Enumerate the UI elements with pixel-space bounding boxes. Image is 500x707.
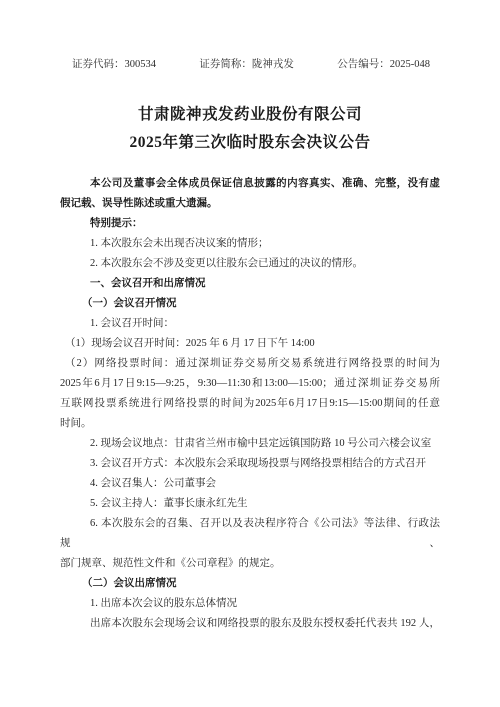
subsection-heading: （二）会议出席情况 (60, 574, 440, 594)
body-paragraph: 4. 会议召集人：公司董事会 (60, 474, 440, 494)
company-name-title: 甘肃陇神戎发药业股份有限公司 (0, 101, 500, 129)
body-paragraph: 1. 会议召开时间： (60, 314, 440, 334)
body-paragraph-line: 互联网投票系统进行网络投票的时间为2025年6月17日9:15—15:00期间的… (60, 394, 440, 414)
body-paragraph-line: （2）网络投票时间：通过深圳证券交易所交易系统进行网络投票的时间为 (60, 354, 440, 374)
subsection-heading: （一）会议召开情况 (60, 294, 440, 314)
stock-code-text: 证券代码：300534 (72, 58, 156, 71)
body-paragraph: 3. 会议召开方式：本次股东会采取现场投票与网络投票相结合的方式召开 (60, 454, 440, 474)
body-paragraph: 1. 出席本次会议的股东总体情况 (60, 594, 440, 614)
stock-short-name-text: 证券简称：陇神戎发 (199, 58, 294, 71)
body-paragraph-line: 部门规章、规范性文件和《公司章程》的规定。 (60, 554, 440, 574)
body-paragraph-line: 时间。 (60, 414, 440, 434)
body-paragraph: 2. 现场会议地点：甘肃省兰州市榆中县定远镇国防路 10 号公司六楼会议室 (60, 434, 440, 454)
body-paragraph: 5. 会议主持人：董事长康永红先生 (60, 494, 440, 514)
announcement-number-text: 公告编号：2025-048 (337, 58, 430, 71)
body-paragraph-line: 2025年6月17日9:15—9:25，9:30—11:30和13:00—15:… (60, 374, 440, 394)
body-paragraph-line: 6. 本次股东会的召集、召开以及表决程序符合《公司法》等法律、行政法规、 (60, 514, 440, 554)
body-paragraph: （1）现场会议召开时间：2025 年 6 月 17 日下午 14:00 (60, 334, 440, 354)
body-paragraph: 出席本次股东会现场会议和网络投票的股东及股东授权委托代表共 192 人， (60, 614, 440, 634)
special-notice-item: 1. 本次股东会未出现否决议案的情形； (60, 234, 440, 254)
section-heading: 一、会议召开和出席情况 (60, 274, 440, 294)
document-header: 证券代码：300534 证券简称：陇神戎发 公告编号：2025-048 (0, 0, 500, 71)
disclaimer-line: 本公司及董事会全体成员保证信息披露的内容真实、准确、完整，没有虚 (60, 174, 440, 194)
title-block: 甘肃陇神戎发药业股份有限公司 2025年第三次临时股东会决议公告 (0, 101, 500, 157)
document-title: 2025年第三次临时股东会决议公告 (0, 129, 500, 157)
special-notice-item: 2. 本次股东会不涉及变更以往股东会已通过的决议的情形。 (60, 254, 440, 274)
special-notice-heading: 特别提示： (60, 214, 440, 234)
document-body: 本公司及董事会全体成员保证信息披露的内容真实、准确、完整，没有虚 假记载、误导性… (60, 174, 440, 634)
disclaimer-line: 假记载、误导性陈述或重大遗漏。 (60, 194, 440, 214)
announcement-page: 证券代码：300534 证券简称：陇神戎发 公告编号：2025-048 甘肃陇神… (0, 0, 500, 707)
